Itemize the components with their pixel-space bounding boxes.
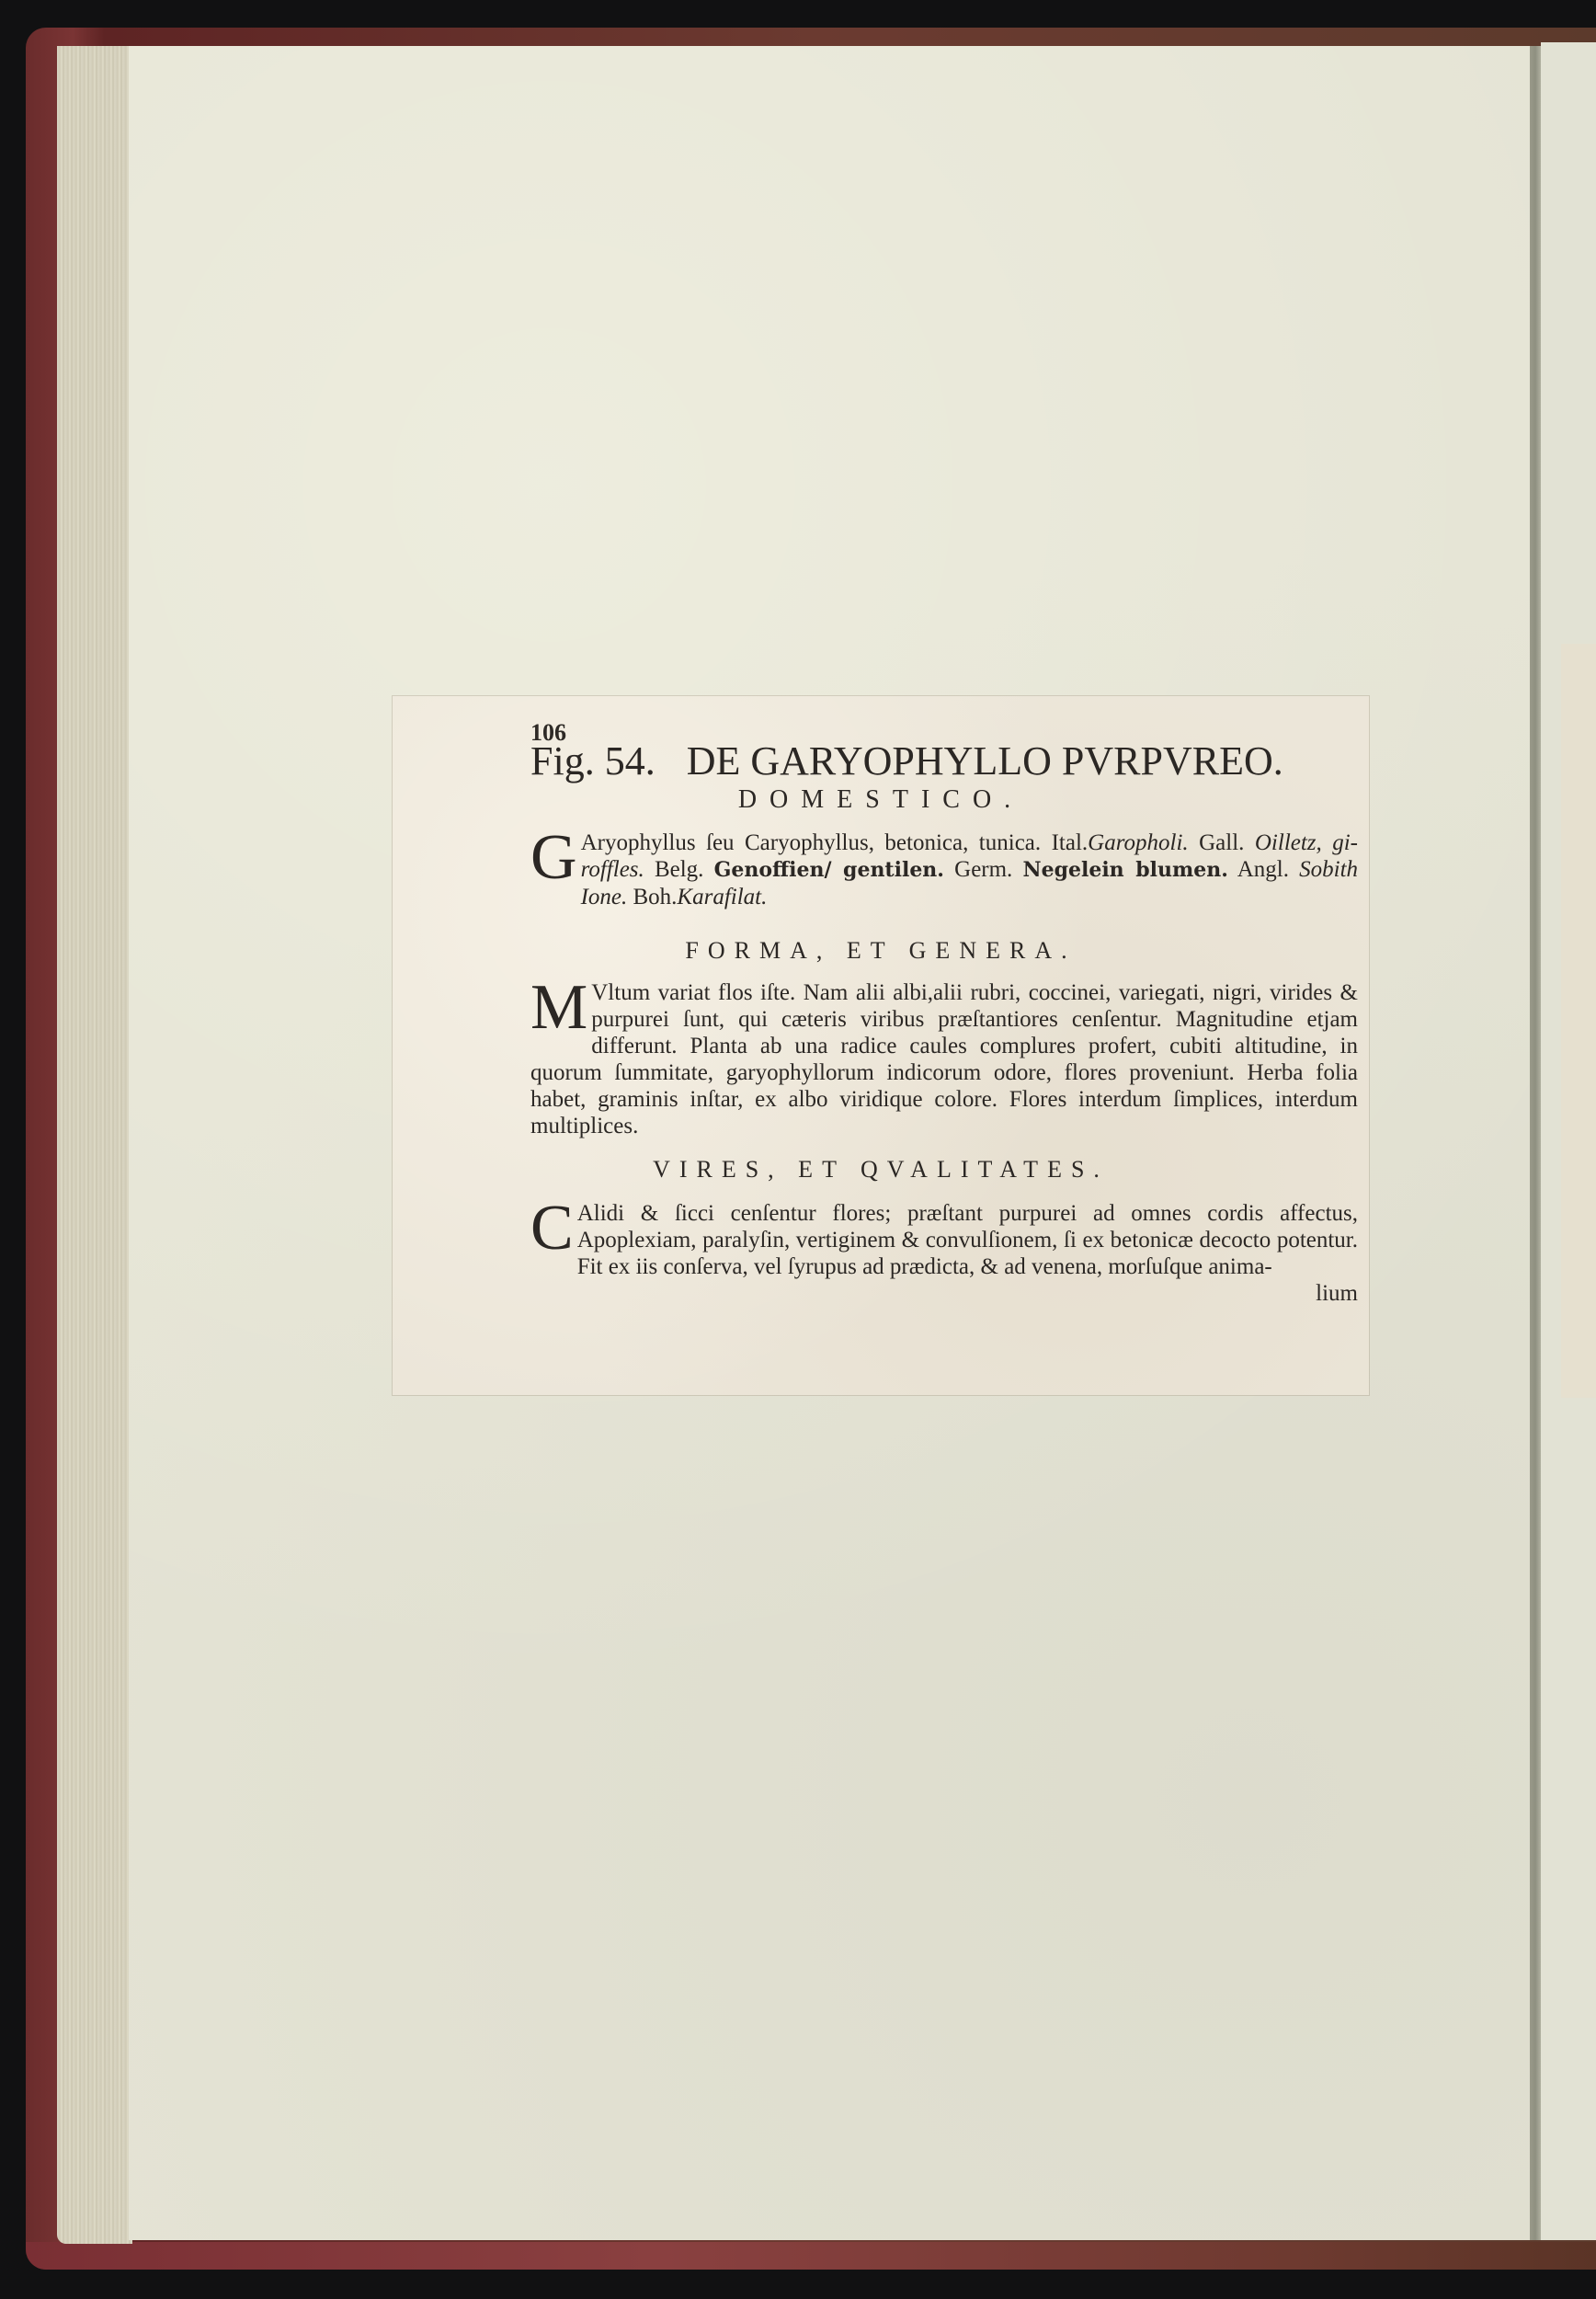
dropcap: G	[530, 831, 577, 885]
section-heading-vires: VIRES, ET QVALITATES.	[393, 1156, 1369, 1184]
page-subtitle: DOMESTICO.	[393, 785, 1369, 815]
page-edges	[57, 46, 132, 2244]
section-heading-forma: FORMA, ET GENERA.	[393, 937, 1369, 965]
right-page-slip	[1561, 644, 1596, 1398]
title-row: Fig. 54.DE GARYOPHYLLO PVRPVREO.	[530, 738, 1266, 784]
gutter	[1530, 46, 1541, 2240]
section-vires-text: C Alidi & ſicci cenſentur flores; præſta…	[530, 1200, 1358, 1307]
section-forma-text: M Vltum variat flos iſte. Nam alii albi,…	[530, 979, 1358, 1139]
page-title: DE GARYOPHYLLO PVRPVREO.	[687, 738, 1283, 783]
dropcap: C	[530, 1202, 574, 1255]
figure-label: Fig. 54.	[530, 738, 655, 783]
dropcap: M	[530, 981, 587, 1035]
catchword: lium	[530, 1280, 1358, 1307]
pasted-text-slip: 106 Fig. 54.DE GARYOPHYLLO PVRPVREO. DOM…	[393, 696, 1369, 1395]
synonyms-paragraph: G Aryophyllus ſeu Caryophyllus, betonica…	[530, 829, 1358, 910]
